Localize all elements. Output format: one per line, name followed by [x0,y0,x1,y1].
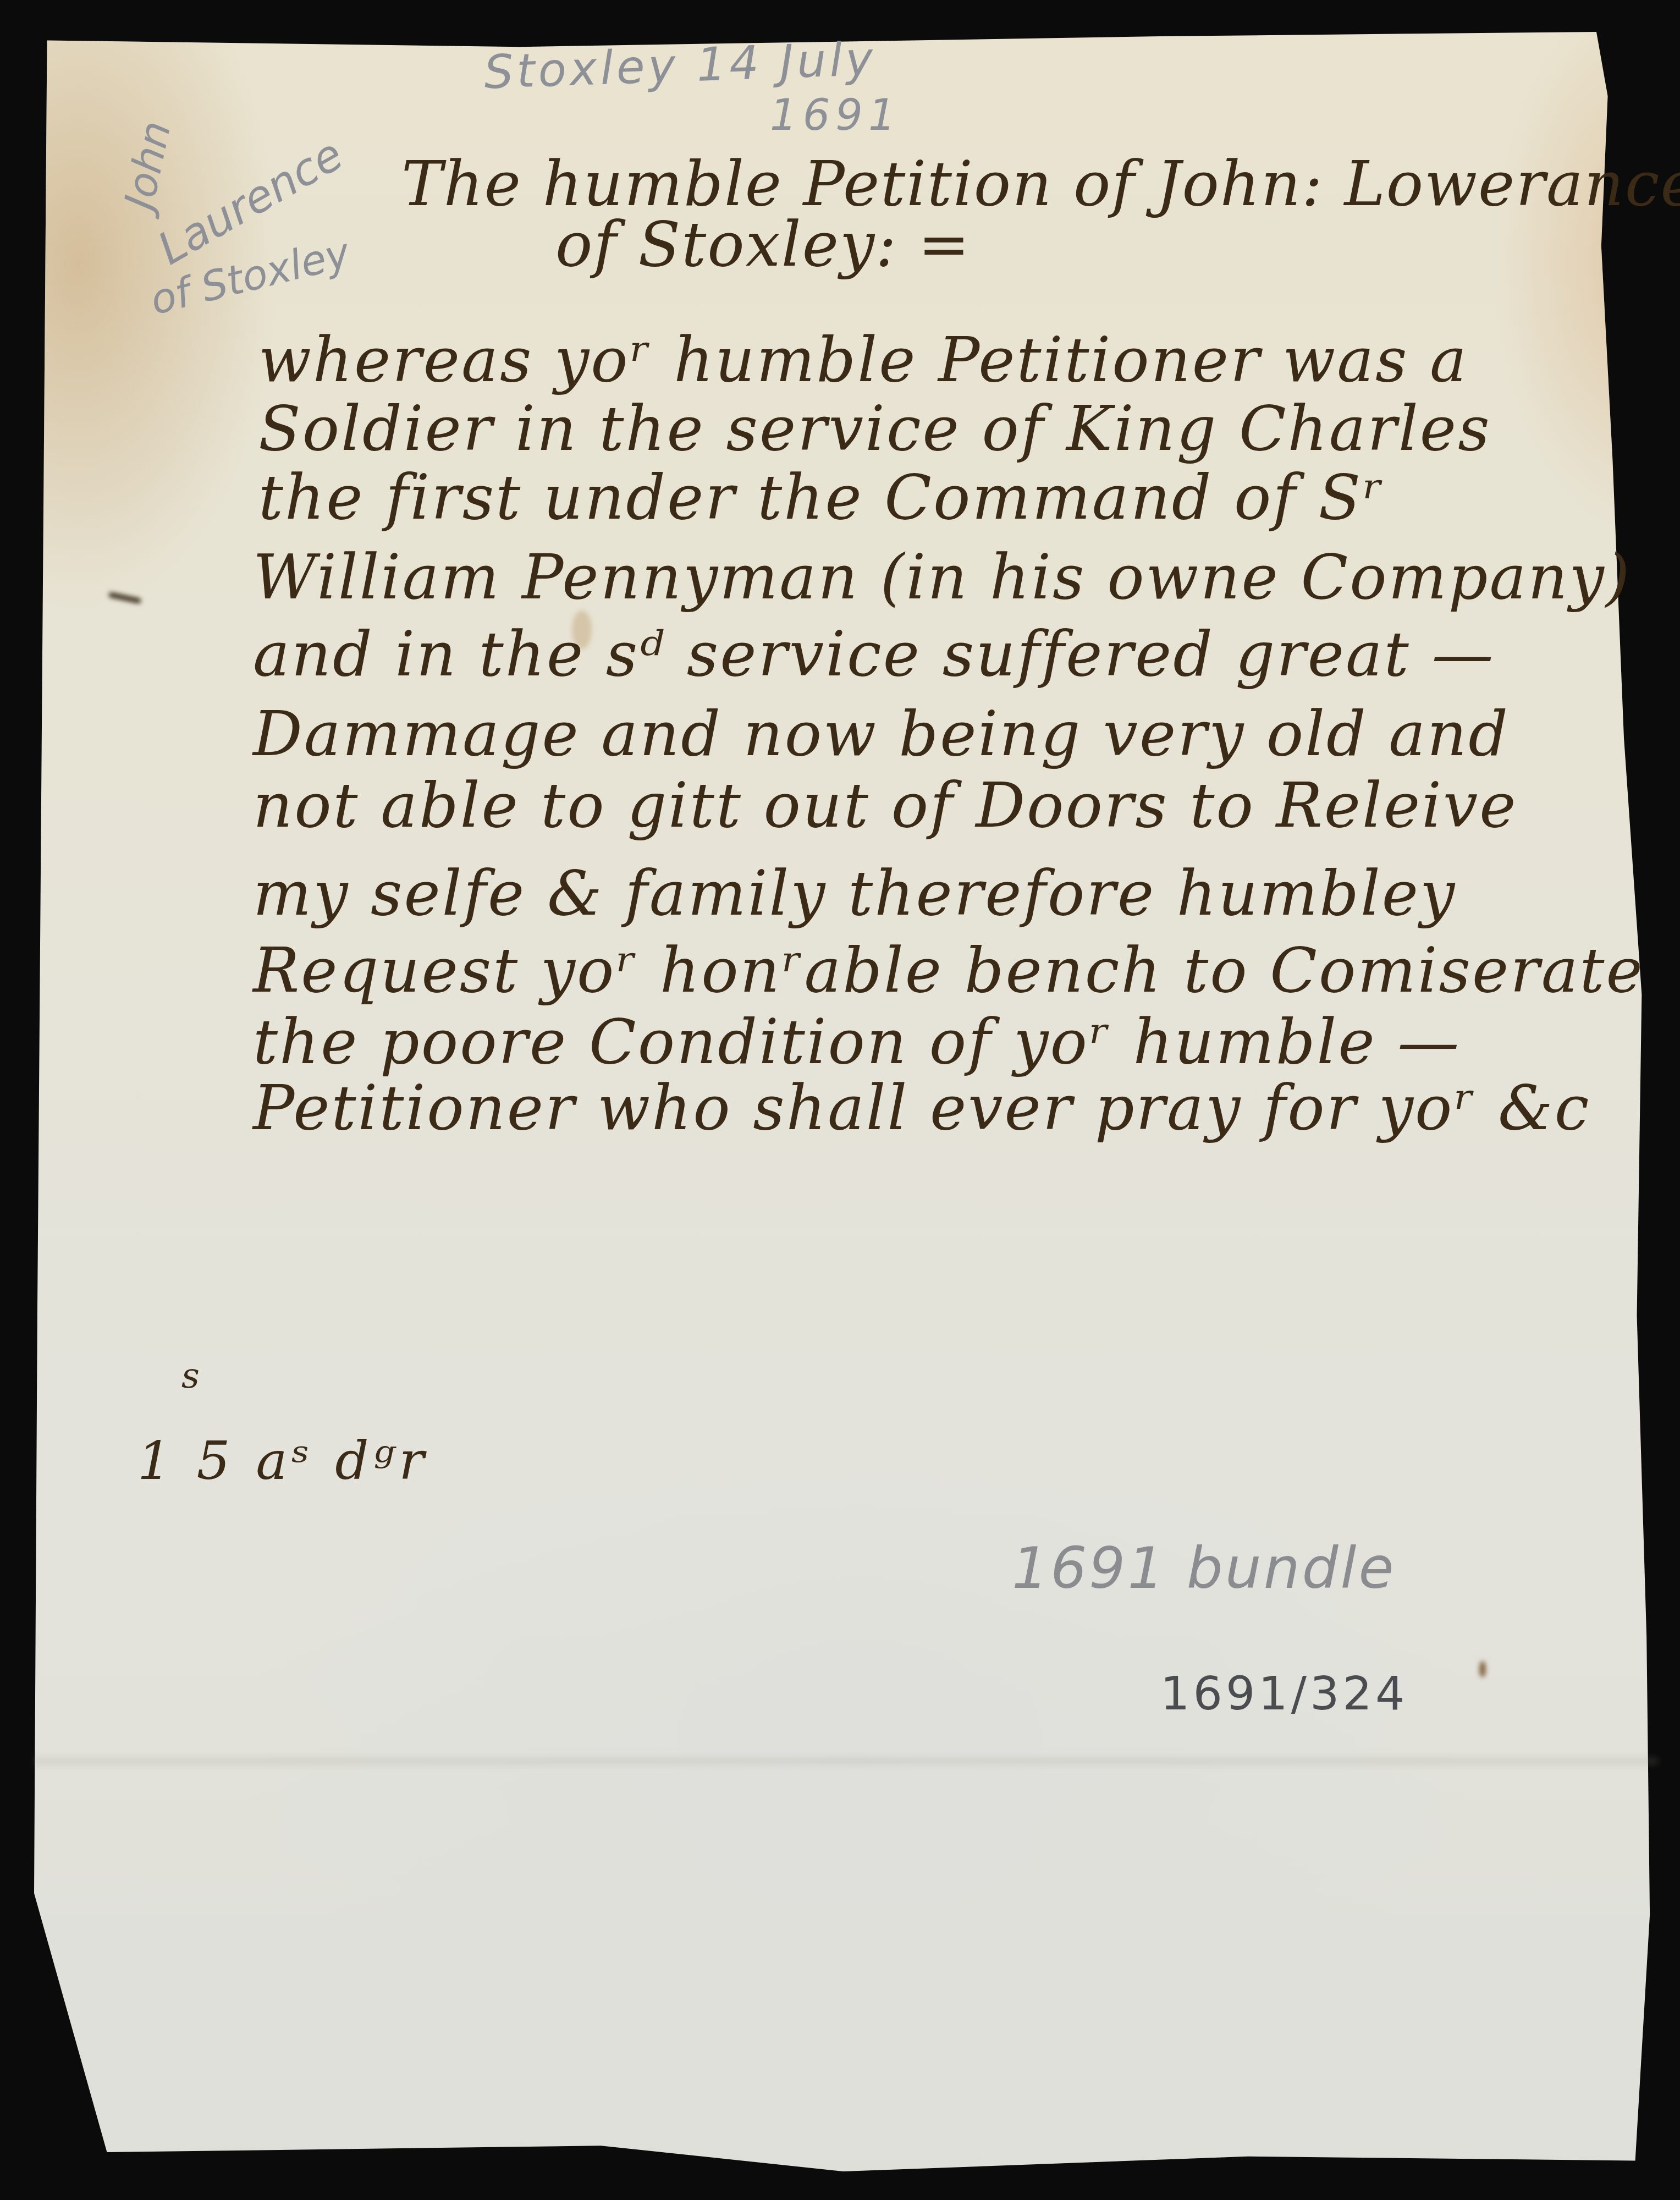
body-line: Request yoʳ honʳable bench to Comiserate [253,935,1644,1007]
bundle-note: 1691 bundle [1012,1535,1396,1602]
body-line: William Pennyman (in his owne Company) [253,542,1631,613]
petition-heading-line-2: of Stoxley: = [555,209,971,280]
body-line: the poore Condition of yoʳ humble — [253,1007,1461,1078]
body-line: the first under the Command of Sʳ [258,462,1385,533]
ink-spot [1479,1661,1486,1678]
pencil-note-year: 1691 [770,91,901,140]
pencil-margin-note: John Laurence of Stoxley [115,94,379,313]
reference-number: 1691/324 [1160,1667,1408,1720]
body-line: not able to gitt out of Doors to Releive [253,770,1518,842]
body-line: and in the sᵈ service suffered great — [253,619,1495,690]
footnote-superscript: s [181,1356,200,1396]
footnote-text: 1 5 aˢ dᵍr [137,1430,428,1492]
margin-note-line: John [115,117,180,213]
paper-fold-line [34,1757,1658,1765]
body-line: Petitioner who shall ever pray for yoʳ &… [253,1072,1590,1144]
body-line: Soldier in the service of King Charles [258,393,1491,465]
body-line: whereas yoʳ humble Petitioner was a [258,324,1468,396]
body-line: my selfe & family therefore humbley [253,858,1456,930]
body-line: Dammage and now being very old and [253,698,1510,770]
